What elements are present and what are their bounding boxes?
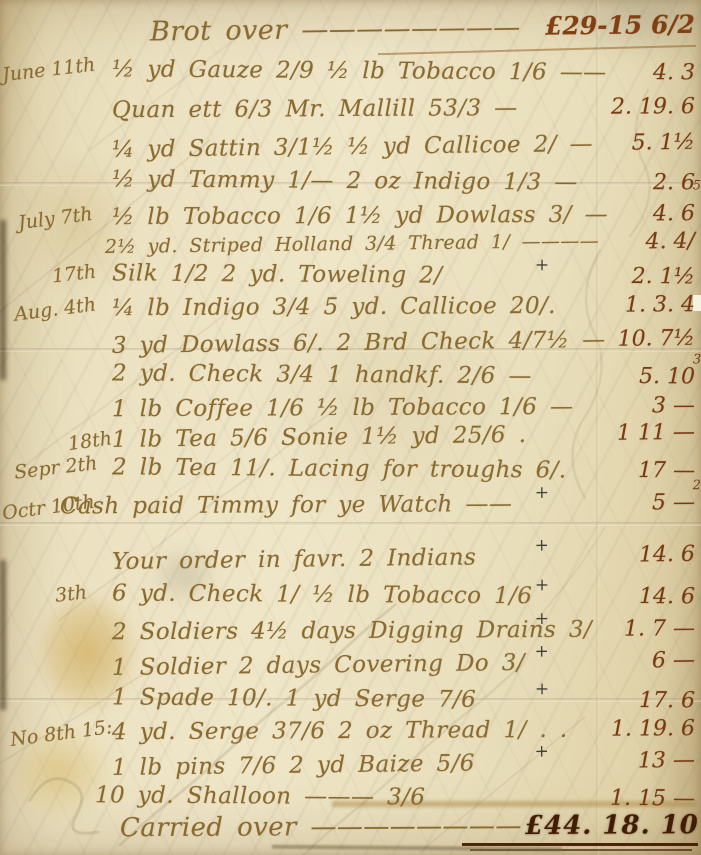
entry-description: 1 lb Coffee 1/6 ½ lb Tobacco 1/6 — (112, 394, 573, 422)
carried-over-total: £44. 18. 10 (525, 810, 695, 841)
entry-amount: 1. 3. 4 (525, 292, 695, 318)
entry-date: 17th (51, 261, 97, 288)
entry-description: Quan ett 6/3 Mr. Mallill 53/3 — (112, 95, 518, 123)
ledger-row: June 11th ½ yd Gauze 2/9 ½ lb Tobacco 1/… (0, 56, 701, 95)
entry-amount: 5 — (525, 490, 695, 516)
entry-amount: 13 — (525, 748, 695, 775)
plus-mark: + (535, 255, 549, 275)
entry-amount: 6 — (525, 648, 695, 675)
entry-amount: 17. 6 (525, 687, 695, 713)
entry-amount: 1. 15 — (525, 785, 695, 811)
entry-amount: 14. 6 (525, 542, 695, 569)
ledger-row: Carried over ———————— £44. 18. 10 (0, 810, 701, 848)
plus-mark: + (535, 609, 549, 629)
superscript-note: 3 (693, 352, 701, 367)
entry-description: 2 lb Tea 11/. Lacing for troughs 6/. (112, 454, 567, 483)
entry-date: June 11th (1, 54, 96, 87)
ledger-row: Aug. 4th ¼ lb Indigo 3/4 5 yd. Callicoe … (0, 292, 701, 330)
entry-amount: 1 11 — (525, 420, 695, 447)
entry-description: 1 Soldier 2 days Covering Do 3/ (112, 650, 525, 681)
entry-amount: 5. 1½ (525, 130, 695, 157)
plus-mark: + (535, 483, 549, 503)
entry-description: 1 Spade 10/. 1 yd Serge 7/6 (112, 684, 476, 713)
entry-amount: 5. 10 (525, 363, 695, 389)
entry-description: ¼ yd Sattin 3/1½ ½ yd Callicoe 2/ — (112, 131, 593, 163)
ledger-row: ½ yd Tammy 1/— 2 oz Indigo 1/3 — 2. 6 5 (0, 166, 701, 205)
ledger-row: Octr 10th Cash paid Timmy for ye Watch —… (0, 490, 701, 528)
plus-mark: + (534, 536, 548, 556)
ledger-row: Quan ett 6/3 Mr. Mallill 53/3 — 2. 19. 6 (0, 94, 701, 132)
entry-date: 18th (67, 427, 114, 455)
entry-description: 10 yd. Shalloon ——— 3/6 (95, 782, 425, 810)
entry-date: July 7th (17, 203, 94, 234)
plus-mark: + (534, 642, 548, 662)
entry-description: Carried over ———————— (120, 811, 522, 843)
entry-amount: 4. 6 (525, 201, 695, 227)
entry-amount: 3 — (525, 393, 695, 419)
manuscript-page: Brot over ———————— £29-15 6/2 June 11th … (0, 0, 701, 855)
ledger-row: 3th 6 yd. Check 1/ ½ lb Tobacco 1/6 + 14… (0, 580, 701, 619)
ledger-row: 2 yd. Check 3/4 1 handkf. 2/6 — 5. 10 3 (0, 360, 701, 399)
entry-description: Silk 1/2 2 yd. Toweling 2/ (112, 260, 443, 288)
entry-amount: 2. 1½ (525, 263, 695, 289)
entry-description: ½ yd Tammy 1/— 2 oz Indigo 1/3 — (112, 166, 578, 195)
plus-mark: + (535, 575, 549, 595)
entry-amount: 1. 7 — (525, 616, 695, 642)
entry-amount: 10. 7½ (525, 326, 695, 353)
entry-description: Cash paid Timmy for ye Watch —— (60, 491, 512, 519)
plus-mark: + (534, 742, 548, 762)
entry-description: 6 yd. Check 1/ ½ lb Tobacco 1/6 (112, 580, 532, 609)
entry-description: Brot over ———————— (150, 12, 521, 48)
entry-description: 2 Soldiers 4½ days Digging Drains 3/ (112, 617, 592, 646)
entry-amount: 4. 3 (525, 59, 695, 85)
entry-date: Aug. 4th (13, 293, 97, 325)
entry-amount: 4. 4/ (525, 229, 695, 256)
entry-amount: 17 — (525, 457, 695, 483)
entry-amount: 2. 19. 6 (525, 94, 695, 120)
entry-description: 1 lb pins 7/6 2 yd Baize 5/6 (112, 750, 475, 780)
ledger-row: Sepr 2th 2 lb Tea 11/. Lacing for trough… (0, 454, 701, 493)
superscript-note: 2 (693, 478, 701, 493)
entry-description: ¼ lb Indigo 3/4 5 yd. Callicoe 20/. (112, 293, 556, 321)
superscript-note: 5 (693, 178, 701, 193)
entry-date: No 8th 15: (9, 716, 114, 751)
entry-amount: 1. 19. 6 (525, 716, 695, 742)
entry-description: 2 yd. Check 3/4 1 handkf. 2/6 — (112, 360, 532, 389)
entry-date: Sepr 2th (13, 452, 98, 483)
entry-amount: £29-15 6/2 (525, 10, 695, 41)
entry-date: 3th (54, 581, 88, 607)
entry-description: 1 lb Tea 5/6 Sonie 1½ yd 25/6 . (112, 422, 527, 453)
entry-amount: 2. 6 (525, 169, 695, 195)
entry-description: 4 yd. Serge 37/6 2 oz Thread 1/ . . (112, 717, 568, 745)
entry-amount: 14. 6 (525, 583, 695, 609)
entry-description: Your order in favr. 2 Indians (112, 544, 477, 574)
plus-mark: + (535, 679, 549, 699)
